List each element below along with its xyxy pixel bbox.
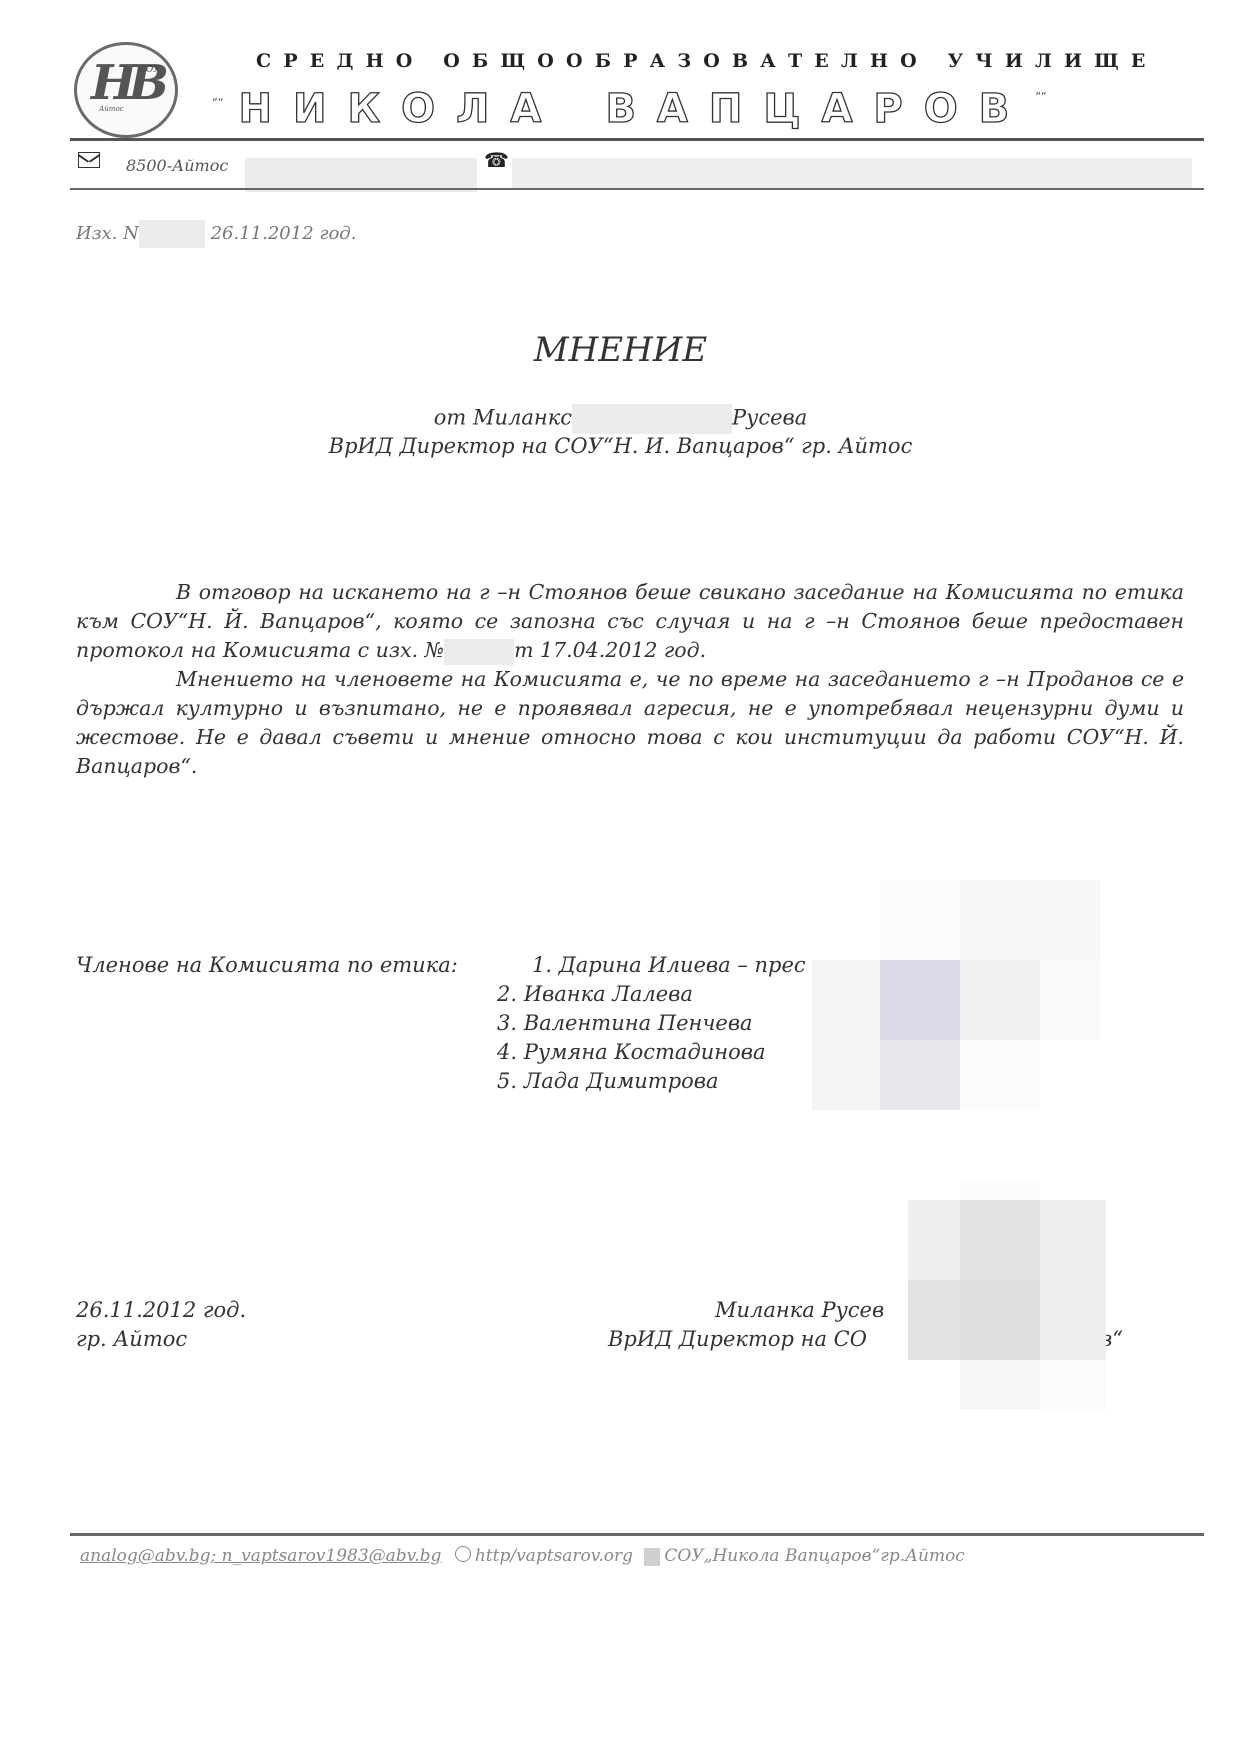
school-logo: НВ СОУ Айтос	[74, 42, 178, 138]
logo-sou: СОУ	[139, 65, 160, 75]
footer-rule	[70, 1533, 1204, 1536]
reference-prefix: Изх. N	[76, 223, 139, 244]
members-label: Членове на Комисията по етика:	[76, 953, 458, 977]
redacted-address	[245, 158, 477, 192]
footer-facebook-page[interactable]: СОУ„Никола Вапцаров“гр.Айтос	[664, 1546, 964, 1566]
header-rule-bottom	[70, 188, 1204, 190]
envelope-icon	[78, 152, 100, 168]
paragraph-2-text: Мнението на членовете на Комисията е, че…	[76, 667, 1184, 778]
member-item: 4. Румяна Костадинова	[497, 1040, 766, 1064]
paragraph-1: В отговор на искането на г –н Стоянов бе…	[76, 578, 1184, 665]
member-item: 2. Иванка Лалева	[497, 982, 693, 1006]
paragraph-1-date: т 17.04.2012 год.	[514, 638, 706, 662]
header-rule	[70, 138, 1204, 141]
logo-city: Айтос	[99, 105, 124, 113]
author-role: ВрИД Директор на СОУ“Н. И. Вапцаров“ гр.…	[0, 434, 1241, 458]
document-author: от МиланксРусева	[0, 404, 1241, 434]
logo-letters: НВ	[91, 55, 161, 111]
school-type: СРЕДНО ОБЩООБРАЗОВАТЕЛНО УЧИЛИЩЕ	[256, 50, 1158, 72]
signature-city: гр. Айтос	[76, 1327, 187, 1351]
author-prefix: от Миланкс	[434, 406, 572, 430]
signature-date: 26.11.2012 год.	[76, 1298, 246, 1322]
paragraph-2: Мнението на членовете на Комисията е, че…	[76, 665, 1184, 781]
school-name-last: ВАПЦАРОВ	[605, 86, 1030, 132]
reference-date: 26.11.2012 год.	[211, 223, 357, 244]
redacted-ref-number	[139, 220, 205, 248]
close-quote: ““	[1035, 90, 1046, 103]
signer-role: ВрИД Директор на СО	[608, 1327, 867, 1351]
redacted-author	[572, 404, 732, 434]
globe-icon	[455, 1546, 471, 1562]
document-title: МНЕНИЕ	[0, 330, 1241, 370]
footer-website[interactable]: http/vaptsarov.org	[475, 1546, 633, 1566]
open-quote: „„	[212, 90, 223, 103]
school-name: „„ НИКОЛА ВАПЦАРОВ ““	[212, 86, 1047, 132]
signer-name: Миланка Русев	[715, 1298, 884, 1322]
member-item: 5. Лада Димитрова	[497, 1069, 719, 1093]
school-name-first: НИКОЛА	[239, 86, 563, 132]
footer-contacts: analog@abv.bg; n_vaptsarov1983@abv.bg ht…	[80, 1546, 965, 1566]
reference-number: Изх. N 26.11.2012 год.	[76, 220, 356, 248]
phone-icon: ☎	[484, 148, 509, 172]
address: 8500-Айтос	[126, 156, 228, 175]
member-item: 3. Валентина Пенчева	[497, 1011, 753, 1035]
redacted-protocol-number	[444, 639, 514, 665]
footer-emails[interactable]: analog@abv.bg; n_vaptsarov1983@abv.bg	[80, 1546, 441, 1566]
facebook-icon	[644, 1548, 660, 1566]
redacted-phone	[512, 158, 1192, 188]
member-item: 1. Дарина Илиева – прес	[532, 953, 806, 977]
author-suffix: Русева	[732, 406, 807, 430]
